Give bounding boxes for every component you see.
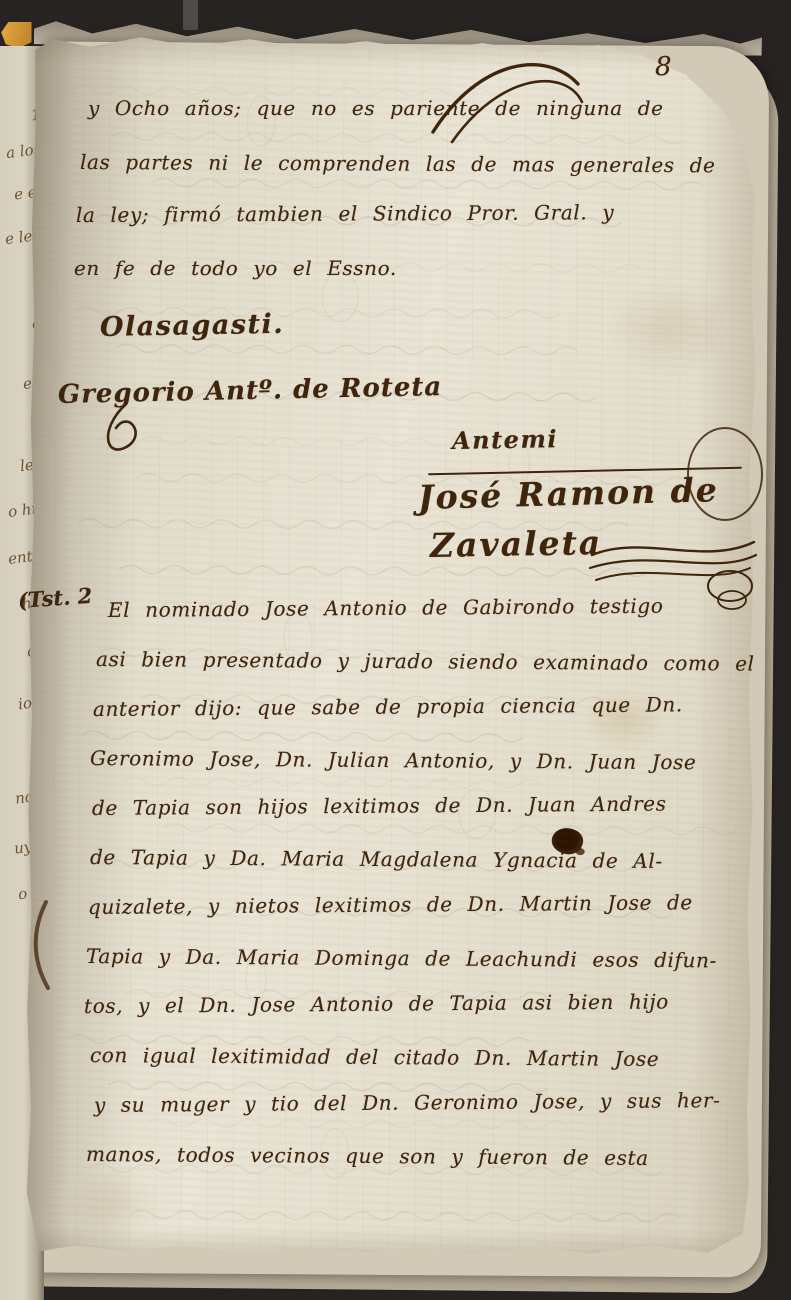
paragraph2-line: anterior dijo: que sabe de propia cienci… <box>93 692 683 721</box>
signature-witness2: Gregorio Antº. de Roteta <box>58 372 443 410</box>
margin-stroke-icon <box>30 900 52 990</box>
paragraph2-line: tos, y el Dn. Jose Antonio de Tapia asi … <box>84 989 669 1018</box>
paragraph2-line: manos, todos vecinos que son y fueron de… <box>86 1142 649 1170</box>
margin-note-witness-number: (Tst. 2 <box>17 583 93 613</box>
signature-flourish-icon <box>88 400 158 472</box>
paragraph2-line: y su muger y tio del Dn. Geronimo Jose, … <box>94 1088 721 1117</box>
paragraph1-line: y Ocho años; que no es pariente de ningu… <box>88 96 664 120</box>
signature-notary-first: José Ramon de <box>417 470 719 517</box>
folio-number: 8 <box>655 52 672 82</box>
paragraph1-line: la ley; firmó tambien el Sindico Pror. G… <box>76 200 614 227</box>
paragraph2-line: Tapia y Da. Maria Dominga de Leachundi e… <box>86 944 717 972</box>
attestation-label: Antemi <box>452 424 558 455</box>
paragraph1-line: las partes ni le comprenden las de mas g… <box>80 150 716 177</box>
paragraph2-line: asi bien presentado y jurado siendo exam… <box>96 647 755 676</box>
signature-witness1: Olasagasti. <box>100 309 285 343</box>
signature-notary-last: Zavaleta <box>430 523 603 565</box>
paragraph1-line: en fe de todo yo el Essno. <box>74 256 397 280</box>
paragraph2-line: de Tapia y Da. Maria Magdalena Ygnacia d… <box>90 845 663 873</box>
manuscript-photo: 1 a los e el e lex y a ell e les o hij e… <box>0 0 791 1300</box>
paragraph2-line: con igual lexitimidad del citado Dn. Mar… <box>90 1043 659 1071</box>
paragraph2-line: Geronimo Jose, Dn. Julian Antonio, y Dn.… <box>90 746 697 774</box>
paragraph2-line: quizalete, y nietos lexitimos de Dn. Mar… <box>88 890 693 919</box>
paragraph2-line: El nominado Jose Antonio de Gabirondo te… <box>108 594 664 622</box>
paragraph2-line: de Tapia son hijos lexitimos de Dn. Juan… <box>92 791 667 820</box>
handwritten-text-layer: 8 y Ocho años; que no es pariente de nin… <box>0 0 791 1300</box>
